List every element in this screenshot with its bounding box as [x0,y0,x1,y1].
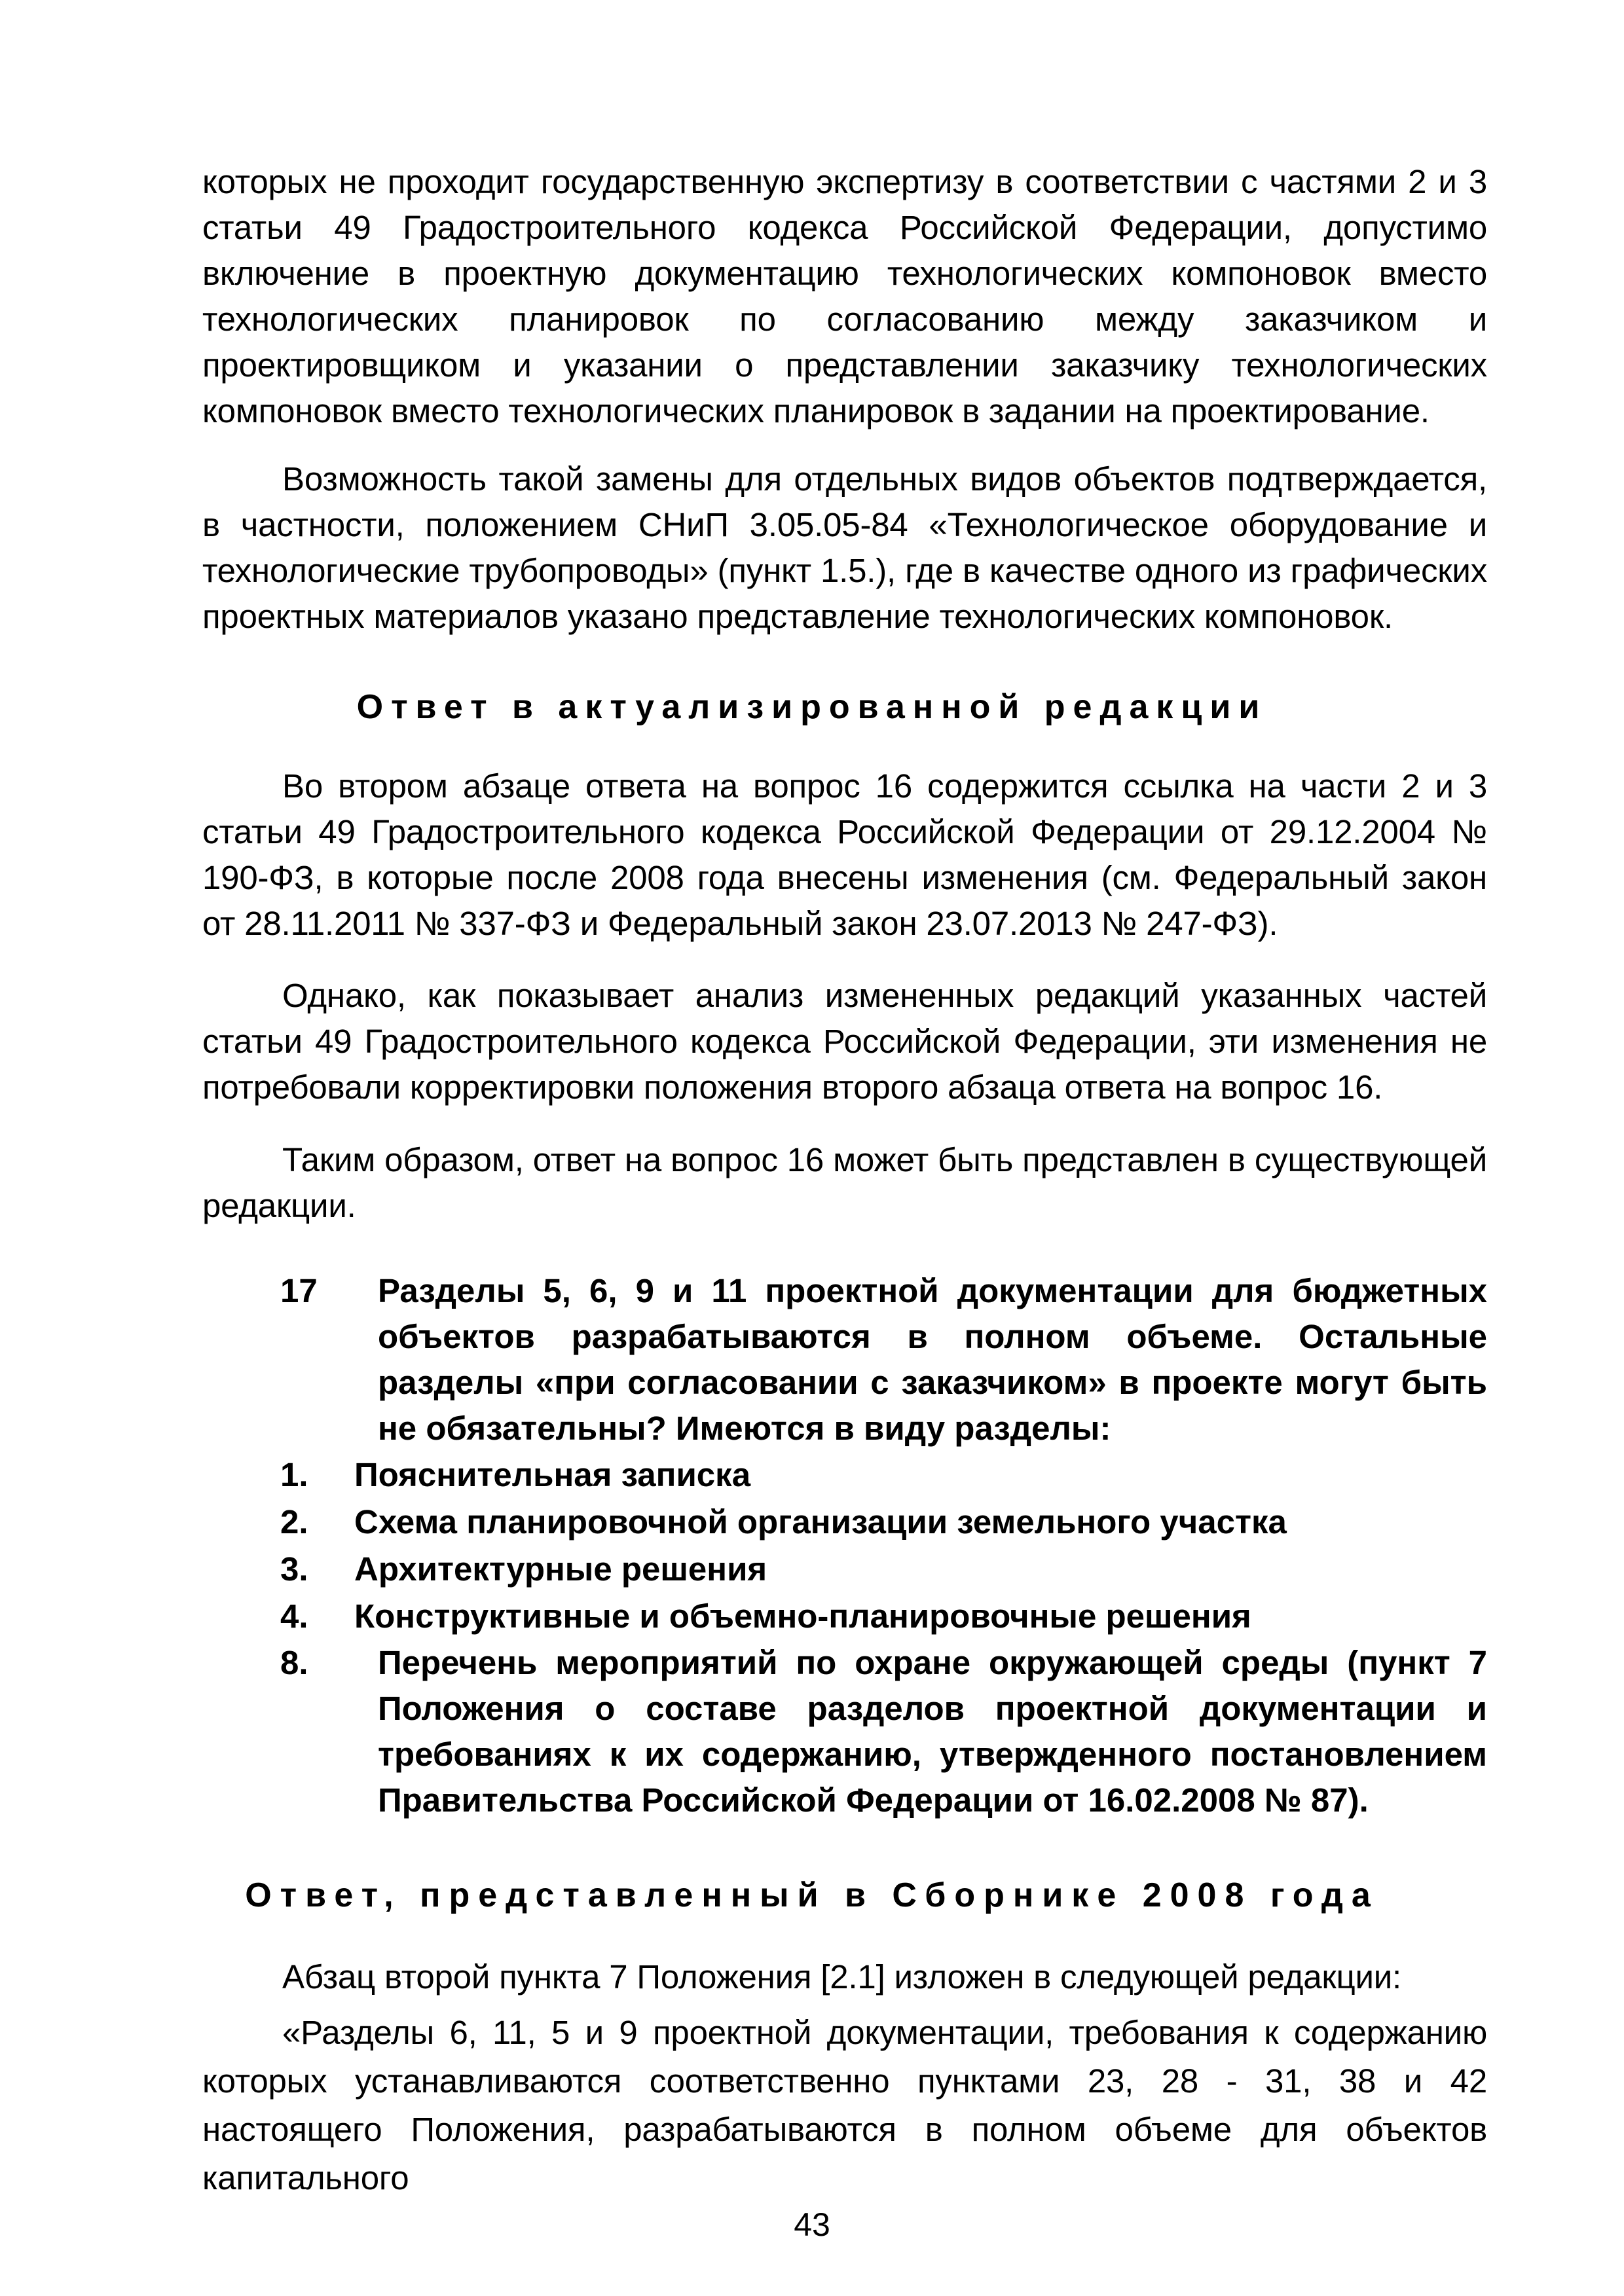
list-item-number: 8. [280,1640,378,1823]
paragraph-2008-intro: Абзац второй пункта 7 Положения [2.1] из… [202,1954,1487,2000]
page-number: 43 [0,2205,1624,2244]
section-heading-2008-answer: Ответ, представленный в Сборнике 2008 го… [0,1872,1624,1918]
paragraph-2008-quote: «Разделы 6, 11, 5 и 9 проектной документ… [202,2009,1487,2202]
list-item: 8. Перечень мероприятий по охране окружа… [280,1640,1487,1823]
paragraph-continuation: которых не проходит государственную эксп… [202,159,1487,434]
list-item-text: Пояснительная записка [354,1451,1487,1499]
list-item-number: 4. [280,1593,354,1640]
list-item: 3. Архитектурные решения [280,1546,1487,1593]
list-item: 2. Схема планировочной организации земел… [280,1499,1487,1546]
list-item: 4. Конструктивные и объемно-планировочны… [280,1593,1487,1640]
paragraph-updated-analysis: Однако, как показывает анализ измененных… [202,973,1487,1110]
paragraph-updated-reference: Во втором абзаце ответа на вопрос 16 сод… [202,763,1487,947]
section-heading-updated-answer: Ответ в актуализированной редакции [0,684,1624,730]
paragraph-updated-conclusion: Таким образом, ответ на вопрос 16 может … [202,1137,1487,1229]
list-item-text: Конструктивные и объемно-планировочные р… [354,1593,1487,1640]
document-page: которых не проходит государственную эксп… [0,0,1624,2296]
list-item-number: 1. [280,1451,354,1499]
list-item: 1. Пояснительная записка [280,1451,1487,1499]
list-item-text: Схема планировочной организации земельно… [354,1499,1487,1546]
paragraph-snip-reference: Возможность такой замены для отдельных в… [202,456,1487,640]
question-17: 17 Разделы 5, 6, 9 и 11 проектной докуме… [280,1268,1487,1451]
list-item-number: 2. [280,1499,354,1546]
list-item-number: 3. [280,1546,354,1593]
list-item-text: Архитектурные решения [354,1546,1487,1593]
list-item-text: Перечень мероприятий по охране окружающе… [378,1640,1487,1823]
question-text: Разделы 5, 6, 9 и 11 проектной документа… [378,1268,1487,1451]
question-17-block: 17 Разделы 5, 6, 9 и 11 проектной докуме… [280,1268,1487,1823]
question-number: 17 [280,1268,378,1451]
